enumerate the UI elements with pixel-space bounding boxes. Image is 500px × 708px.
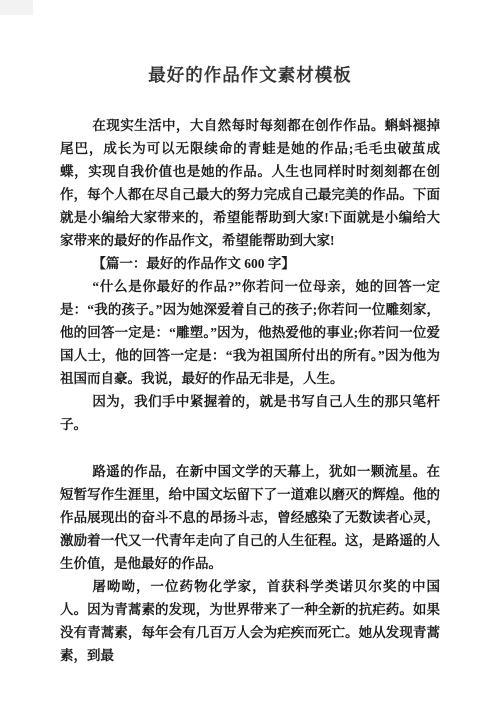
section-heading-part-one: 【篇一：最好的作品作文 600 字】 bbox=[60, 252, 440, 275]
essay-paragraph-tuyouyou: 屠呦呦，一位药物化学家，首获科学类诺贝尔奖的中国人。因为青蒿素的发现，为世界带来… bbox=[60, 575, 440, 667]
essay-body: 在现实生活中，大自然每时每刻都在创作作品。蝌蚪褪掉尾巴，成长为可以无限续命的青蛙… bbox=[60, 114, 440, 667]
scan-artifact-corner bbox=[0, 0, 33, 15]
essay-page: 最好的作品作文素材模板 在现实生活中，大自然每时每刻都在创作作品。蝌蚪褪掉尾巴，… bbox=[0, 0, 500, 667]
essay-paragraph-best-work-question: “什么是你最好的作品?”你若问一位母亲，她的回答一定是：“我的孩子。”因为她深爱… bbox=[60, 275, 440, 390]
essay-paragraph-pen-in-hand: 因为，我们手中紧握着的，就是书写自己人生的那只笔杆子。 bbox=[60, 390, 440, 436]
document-page: { "colors": { "page_background": "#fffff… bbox=[0, 0, 500, 708]
essay-paragraph-intro: 在现实生活中，大自然每时每刻都在创作作品。蝌蚪褪掉尾巴，成长为可以无限续命的青蛙… bbox=[60, 114, 440, 252]
essay-paragraph-luyao: 路遥的作品，在新中国文学的天幕上，犹如一颗流星。在短暂写作生涯里，给中国文坛留下… bbox=[60, 460, 440, 575]
document-title: 最好的作品作文素材模板 bbox=[0, 62, 500, 88]
